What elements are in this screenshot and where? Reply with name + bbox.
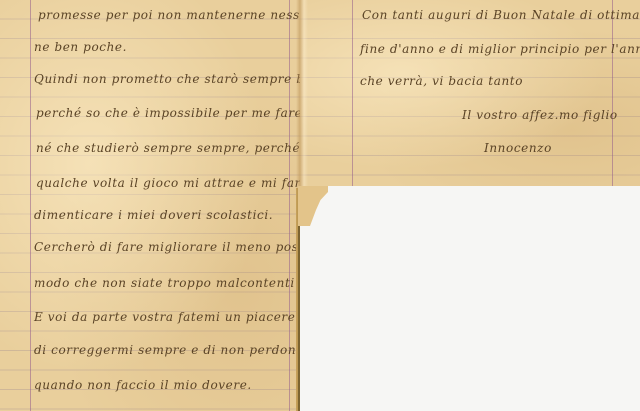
right-page: Con tanti auguri di Buon Natale di ottim… <box>300 0 640 186</box>
letter-line: Con tanti auguri di Buon Natale di ottim… <box>362 8 640 22</box>
letter-line: che verrà, vi bacia tanto <box>360 74 523 88</box>
letter-line: Quindi non prometto che starò sempre bra… <box>34 72 338 86</box>
letter-line: modo che non siate troppo malcontenti di… <box>34 276 340 290</box>
letter-line: fine d'anno e di miglior principio per l… <box>360 42 640 56</box>
blank-sheet <box>298 186 640 411</box>
signature: Innocenzo <box>484 141 552 155</box>
letter-line: quando non faccio il mio dovere. <box>34 378 252 392</box>
letter-line: dimenticare i miei doveri scolastici. <box>34 208 273 222</box>
letter-line: promesse per poi non mantenerne nessuna … <box>38 8 336 22</box>
right-margin-line <box>612 0 613 186</box>
left-page: promesse per poi non mantenerne nessuna … <box>0 0 300 411</box>
left-margin-line <box>352 0 353 186</box>
left-margin-line <box>30 0 31 411</box>
letter-line: ne ben poche. <box>34 40 127 54</box>
letter-line: qualche volta il gioco mi attrae e mi fa… <box>36 176 309 190</box>
page-fold <box>296 0 308 190</box>
closing: Il vostro affez.mo figlio <box>462 108 618 122</box>
